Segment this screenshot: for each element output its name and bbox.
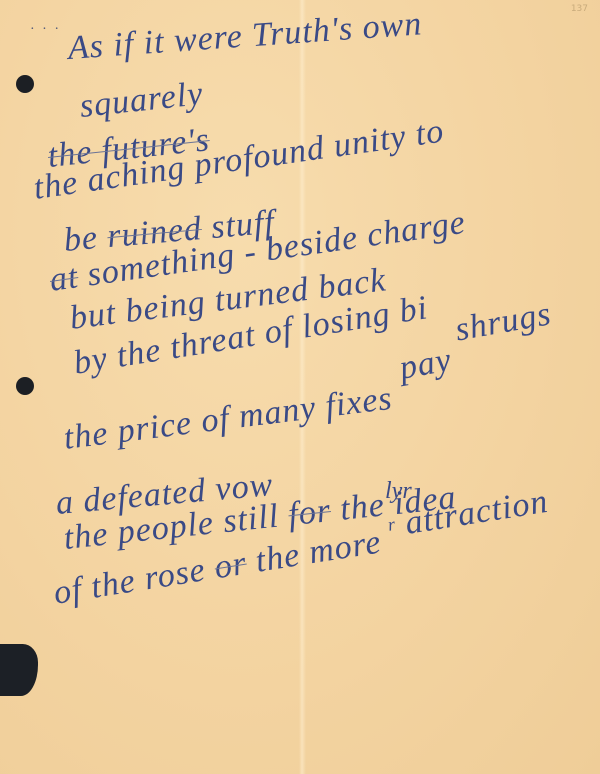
line-13-text: of the rose <box>51 551 208 612</box>
punch-hole-torn <box>0 644 38 696</box>
line-5-word: be <box>62 219 99 259</box>
punch-hole-top <box>16 75 34 93</box>
line-9-word: pay <box>397 341 455 386</box>
manuscript-line-2: squarely <box>78 75 205 126</box>
manuscript-line-1: As if it were Truth's own <box>67 5 424 68</box>
line-9-note: shrugs <box>452 295 554 348</box>
page-number: 137 <box>571 4 588 14</box>
punch-hole-middle <box>16 377 34 395</box>
manuscript-page: 137 · · · As if it were Truth's own squa… <box>0 0 600 774</box>
manuscript-line-10: the price of many fixes <box>62 380 395 458</box>
manuscript-line-9: pay shrugs <box>397 323 559 388</box>
line-13-struck-word: or <box>212 545 250 587</box>
margin-dots: · · · <box>30 22 61 38</box>
line-6-struck-prefix: at <box>47 258 80 299</box>
line-12-struck-word: for <box>286 492 332 533</box>
